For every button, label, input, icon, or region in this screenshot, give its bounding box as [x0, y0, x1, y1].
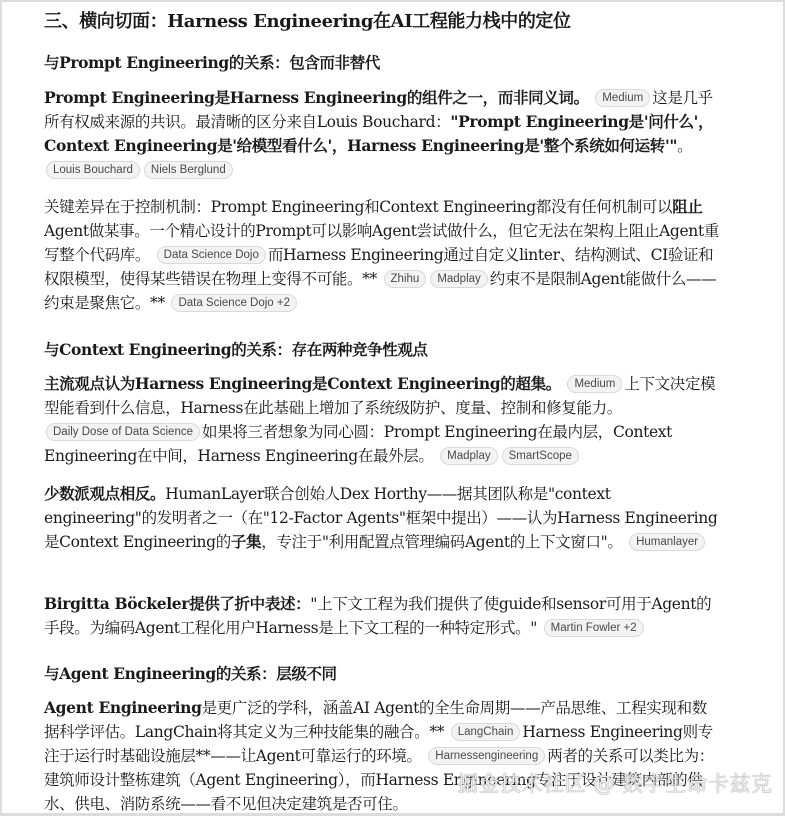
citation-chip-medium[interactable]: Medium: [567, 375, 622, 393]
bold-text: 子集: [231, 532, 261, 551]
paragraph-compromise-view: Birgitta Böckeler提供了折中表述："上下文工程为我们提供了使gu…: [44, 592, 719, 640]
citation-chip-zhihu[interactable]: Zhihu: [384, 270, 427, 288]
bold-text: 主流观点认为Harness Engineering是Context Engine…: [44, 374, 561, 393]
citation-chip-martin-fowler[interactable]: Martin Fowler +2: [544, 619, 644, 637]
paragraph-minority-view: 少数派观点相反。HumanLayer联合创始人Dex Horthy——据其团队称…: [44, 482, 719, 554]
citation-chip-langchain[interactable]: LangChain: [451, 723, 521, 741]
citation-chip-harnessengineering[interactable]: Harnessengineering: [428, 747, 545, 765]
text: ，专注于"利用配置点管理编码Agent的上下文窗口"。: [261, 533, 622, 551]
text: 。: [677, 137, 692, 155]
bold-text: 少数派观点相反。: [44, 484, 165, 503]
citation-chip-niels-berglund[interactable]: Niels Berglund: [144, 161, 233, 179]
citation-chip-daily-dose[interactable]: Daily Dose of Data Science: [46, 423, 200, 441]
heading-agent-relationship: 与Agent Engineering的关系：层级不同: [44, 662, 337, 684]
text: 关键差异在于控制机制：Prompt Engineering和Context En…: [44, 198, 672, 216]
citation-chip-medium[interactable]: Medium: [595, 89, 650, 107]
heading-context-relationship: 与Context Engineering的关系：存在两种竞争性观点: [44, 338, 428, 360]
citation-chip-madplay[interactable]: Madplay: [440, 447, 497, 465]
paragraph-control-mechanism: 关键差异在于控制机制：Prompt Engineering和Context En…: [44, 195, 719, 315]
bold-text: Prompt Engineering是Harness Engineering的组…: [44, 88, 589, 107]
heading-prompt-relationship: 与Prompt Engineering的关系：包含而非替代: [44, 51, 380, 73]
paragraph-agent-engineering: Agent Engineering是更广泛的学科，涵盖AI Agent的全生命周…: [44, 696, 719, 816]
citation-chip-data-science-dojo-more[interactable]: Data Science Dojo +2: [171, 294, 297, 312]
citation-chip-humanlayer[interactable]: Humanlayer: [629, 533, 705, 551]
bold-text: 阻止: [672, 197, 702, 216]
bold-text: Birgitta Böckeler提供了折中表述：: [44, 594, 310, 613]
bold-text: Agent Engineering: [44, 698, 202, 717]
citation-chip-madplay[interactable]: Madplay: [430, 270, 487, 288]
citation-chip-data-science-dojo[interactable]: Data Science Dojo: [157, 246, 266, 264]
citation-chip-smartscope[interactable]: SmartScope: [502, 447, 579, 465]
citation-chip-louis-bouchard[interactable]: Louis Bouchard: [46, 161, 140, 179]
paragraph-prompt-component: Prompt Engineering是Harness Engineering的组…: [44, 86, 719, 182]
section-title: 三、横向切面：Harness Engineering在AI工程能力栈中的定位: [44, 7, 571, 33]
paragraph-superset-view: 主流观点认为Harness Engineering是Context Engine…: [44, 372, 719, 468]
